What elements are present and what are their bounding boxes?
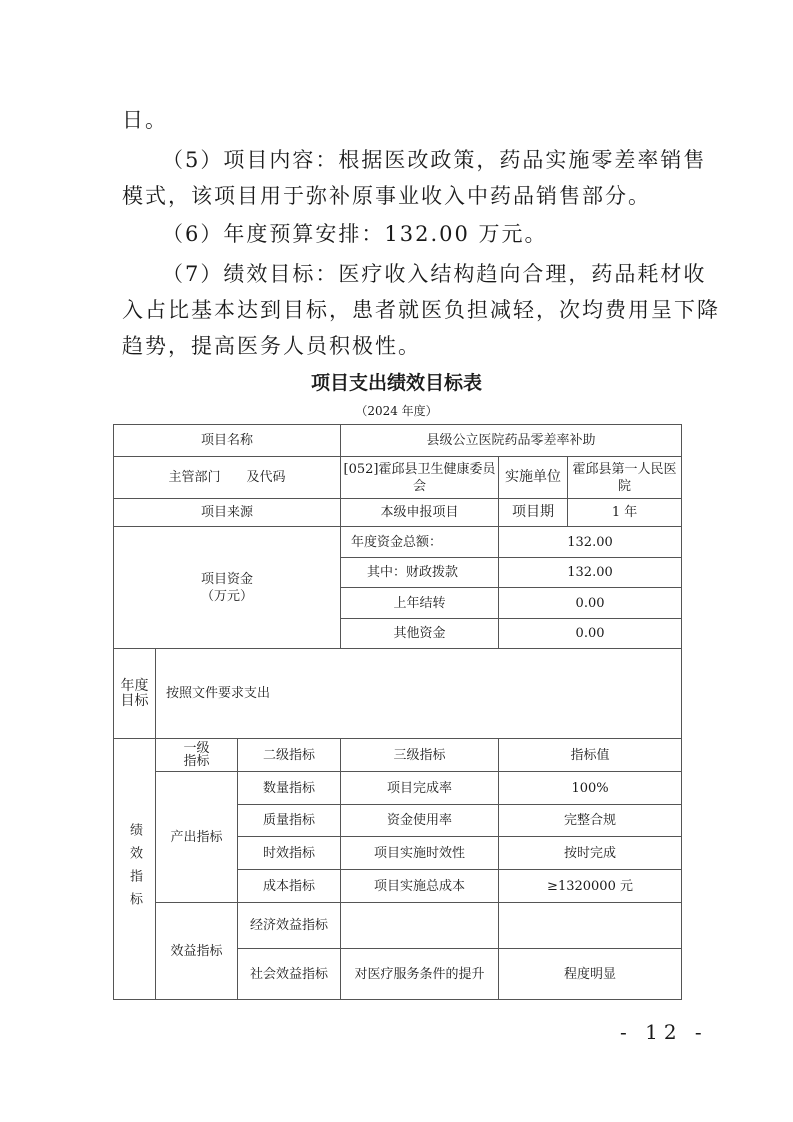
funds-label: 项目资金 （万元） <box>114 527 341 649</box>
output-value: 按时完成 <box>499 837 682 870</box>
funds-other-label: 其他资金 <box>341 619 499 649</box>
impl-unit-value: 霍邱县第一人民医院 <box>568 457 682 499</box>
output-level3: 资金使用率 <box>341 805 499 837</box>
output-level3: 项目完成率 <box>341 772 499 805</box>
benefit-level3 <box>341 903 499 949</box>
page-number: - 12 - <box>620 1020 708 1044</box>
output-value: ≥1320000 元 <box>499 870 682 903</box>
table-subtitle: （2024 年度） <box>0 402 793 419</box>
benefit-level2: 经济效益指标 <box>238 903 341 949</box>
benefit-value: 程度明显 <box>499 949 682 1000</box>
dept-label: 主管部门 及代码 <box>114 457 341 499</box>
output-value: 100% <box>499 772 682 805</box>
source-value: 本级申报项目 <box>341 499 499 527</box>
output-value: 完整合规 <box>499 805 682 837</box>
project-name-label: 项目名称 <box>114 425 341 457</box>
annual-goal-value: 按照文件要求支出 <box>156 649 682 739</box>
header-level1: 一级指标 <box>156 739 238 772</box>
header-value: 指标值 <box>499 739 682 772</box>
output-level2: 成本指标 <box>238 870 341 903</box>
benefit-label: 效益指标 <box>156 903 238 1000</box>
impl-unit-label: 实施单位 <box>499 457 568 499</box>
output-level3: 项目实施时效性 <box>341 837 499 870</box>
benefit-value <box>499 903 682 949</box>
funds-fiscal-value: 132.00 <box>499 558 682 588</box>
funds-total-label: 年度资金总额： <box>341 527 499 558</box>
funds-carryover-label: 上年结转 <box>341 588 499 619</box>
annual-goal-label: 年度目标 <box>114 649 156 739</box>
output-level2: 时效指标 <box>238 837 341 870</box>
performance-goal-table: 项目名称 县级公立医院药品零差率补助 主管部门 及代码 [052]霍邱县卫生健康… <box>113 424 682 1000</box>
table-title: 项目支出绩效目标表 <box>0 368 793 395</box>
funds-label-text: 项目资金 <box>116 571 338 588</box>
header-level2: 二级指标 <box>238 739 341 772</box>
body-paragraph-3: 模式，该项目用于弥补原事业收入中药品销售部分。 <box>122 184 651 208</box>
funds-other-value: 0.00 <box>499 619 682 649</box>
funds-carryover-value: 0.00 <box>499 588 682 619</box>
body-paragraph-5: （7）绩效目标：医疗收入结构趋向合理，药品耗材收 <box>162 262 706 286</box>
funds-fiscal-label: 其中：财政拨款 <box>341 558 499 588</box>
body-paragraph-2: （5）项目内容：根据医改政策，药品实施零差率销售 <box>162 148 706 172</box>
body-paragraph-7: 趋势，提高医务人员积极性。 <box>122 334 421 358</box>
body-paragraph-6: 入占比基本达到目标，患者就医负担减轻，次均费用呈下降 <box>122 298 720 322</box>
benefit-level2: 社会效益指标 <box>238 949 341 1000</box>
dept-value: [052]霍邱县卫生健康委员会 <box>341 457 499 499</box>
body-paragraph-4: （6）年度预算安排：132.00 万元。 <box>162 222 548 246</box>
funds-unit-text: （万元） <box>116 588 338 605</box>
body-paragraph-1: 日。 <box>122 108 168 132</box>
header-level3: 三级指标 <box>341 739 499 772</box>
period-label: 项目期 <box>499 499 568 527</box>
project-name-value: 县级公立医院药品零差率补助 <box>341 425 682 457</box>
output-label: 产出指标 <box>156 772 238 903</box>
period-value: 1 年 <box>568 499 682 527</box>
output-level2: 质量指标 <box>238 805 341 837</box>
benefit-level3: 对医疗服务条件的提升 <box>341 949 499 1000</box>
output-level3: 项目实施总成本 <box>341 870 499 903</box>
perf-label: 绩效指标 <box>114 739 156 1000</box>
source-label: 项目来源 <box>114 499 341 527</box>
funds-total-value: 132.00 <box>499 527 682 558</box>
output-level2: 数量指标 <box>238 772 341 805</box>
